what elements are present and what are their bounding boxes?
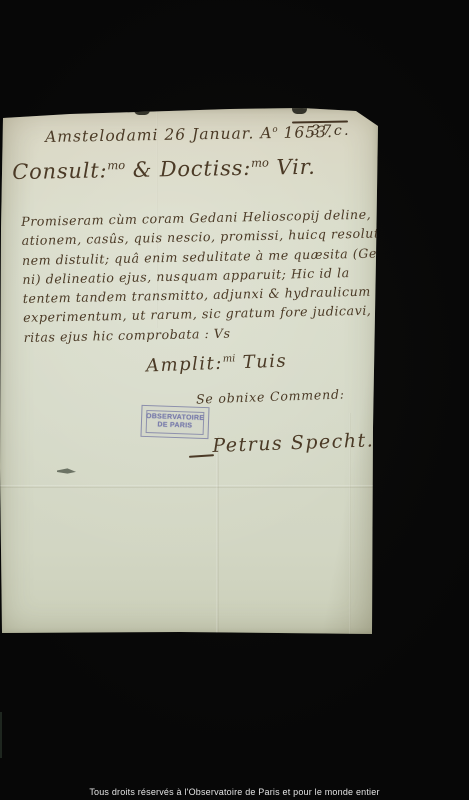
letter-page: 37c. Amstelodami 26 Januar. Ao 1653. Con… — [0, 108, 378, 634]
letter-salutation: Consult:mo & Doctiss:mo Vir. — [12, 155, 316, 184]
copyright-caption: Tous droits réservés à l'Observatoire de… — [0, 787, 469, 797]
stamp-text: OBSERVATOIRE DE PARIS — [146, 409, 205, 434]
stamp-line2: DE PARIS — [157, 421, 192, 430]
closing-text: Tuis — [235, 351, 288, 374]
salutation-superscript: mo — [251, 156, 269, 170]
salutation-text: Consult: — [12, 158, 108, 184]
observatoire-de-paris-stamp: OBSERVATOIRE DE PARIS — [140, 405, 209, 439]
closing-text: Amplit: — [146, 353, 224, 377]
closing-superscript: mi — [223, 353, 236, 364]
scan-background: 37c. Amstelodami 26 Januar. Ao 1653. Con… — [0, 0, 469, 800]
top-edge-clip-mark — [134, 108, 150, 115]
fold-crease-vertical — [216, 436, 219, 634]
salutation-text: & Doctiss: — [125, 156, 251, 182]
signature-flourish-dash — [189, 454, 214, 458]
top-edge-clip-mark — [292, 107, 307, 114]
letter-closing-formula: Amplit:mi Tuis — [146, 351, 288, 377]
letter-commendation: Se obnixe Commend: — [196, 386, 345, 406]
dateline-year: 1653. — [277, 123, 333, 142]
letter-dateline: Amstelodami 26 Januar. Ao 1653. — [45, 123, 333, 146]
dateline-text: Amstelodami 26 Januar. A — [45, 124, 273, 146]
fold-crease-horizontal — [0, 485, 378, 488]
salutation-superscript: mo — [107, 158, 125, 172]
letter-body: Promiseram cùm coram Gedani Helioscopij … — [21, 205, 380, 348]
ink-smudge — [57, 468, 76, 475]
adjacent-page-edge — [0, 712, 2, 758]
salutation-text: Vir. — [269, 155, 316, 180]
